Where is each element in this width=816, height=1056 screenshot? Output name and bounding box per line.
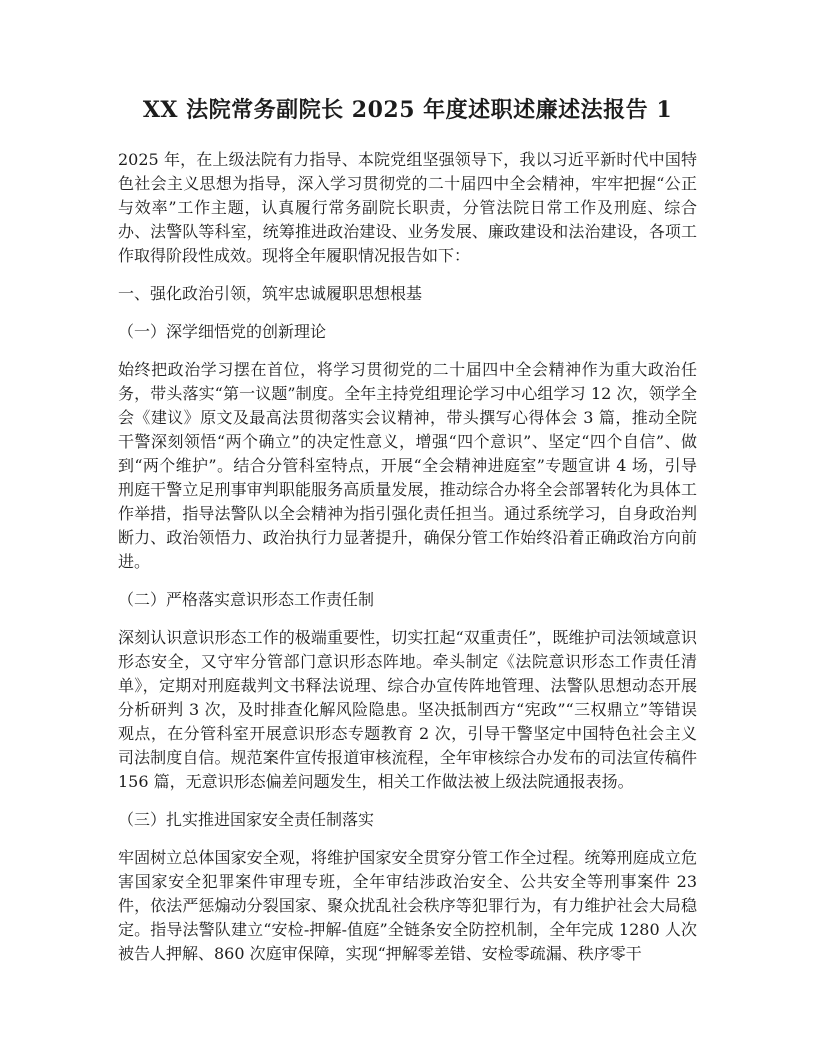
paragraph-1-3: 牢固树立总体国家安全观，将维护国家安全贯穿分管工作全过程。统筹刑庭成立危害国家安… <box>118 846 697 966</box>
paragraph-1-1: 始终把政治学习摆在首位，将学习贯彻党的二十届四中全会精神作为重大政治任务，带头落… <box>118 358 697 574</box>
paragraph-1-2: 深刻认识意识形态工作的极端重要性，切实扛起“双重责任”，既维护司法领域意识形态安… <box>118 626 697 794</box>
subsection-heading-1-1: （一）深学细悟党的创新理论 <box>118 320 697 344</box>
section-heading-1: 一、强化政治引领，筑牢忠诚履职思想根基 <box>118 282 697 306</box>
subsection-heading-1-3: （三）扎实推进国家安全责任制落实 <box>118 808 697 832</box>
document-title: XX 法院常务副院长 2025 年度述职述廉述法报告 1 <box>118 94 697 126</box>
subsection-heading-1-2: （二）严格落实意识形态工作责任制 <box>118 588 697 612</box>
document-page: XX 法院常务副院长 2025 年度述职述廉述法报告 1 2025 年，在上级法… <box>0 0 816 1056</box>
intro-paragraph: 2025 年，在上级法院有力指导、本院党组坚强领导下，我以习近平新时代中国特色社… <box>118 148 697 268</box>
